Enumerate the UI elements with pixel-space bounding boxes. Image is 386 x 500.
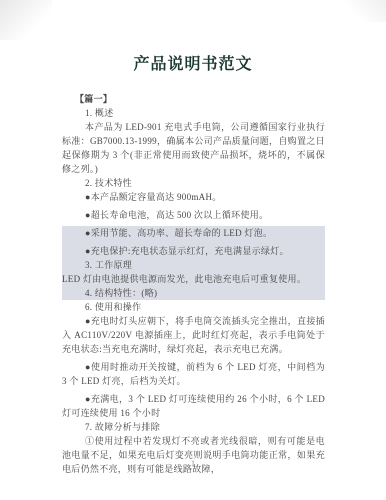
document-body: 【篇一】 1. 概述 本产品为 LED-901 充电式手电筒，公司遵循国家行业执…: [62, 92, 325, 476]
heading-overview: 1. 概述: [85, 106, 325, 120]
document-title: 产品说明书范文: [0, 51, 386, 74]
scan-shadow-top-left: [0, 0, 52, 40]
paragraph-working-principle: LED 灯由电池提供电源而发光，此电池充电后可重复使用。: [62, 272, 325, 286]
heading-working-principle: 3. 工作原理: [85, 258, 325, 272]
bullet-charge-protection: ●充电保护:充电状态显示红灯，充电满显示绿灯。: [62, 244, 325, 258]
document-page: 产品说明书范文 【篇一】 1. 概述 本产品为 LED-901 充电式手电筒，公…: [0, 0, 386, 500]
bullet-switch-operation: ●使用时推动开关按键，前档为 6 个 LED 灯亮，中间档为 3 个 LED 灯…: [62, 360, 325, 388]
bullet-charging-instructions: ●充电时灯头应朝下，将手电筒交流插头完全推出，直接插入 AC110V/220V …: [62, 314, 325, 356]
heading-technical-features: 2. 技术特性: [85, 176, 325, 190]
heading-structure: 4. 结构特性：(略): [85, 286, 325, 300]
page-number: 1: [0, 459, 386, 468]
bullet-usage-duration: ●充满电，3 个 LED 灯可连续使用约 26 个小时，6 个 LED 灯可连续…: [62, 392, 325, 420]
bullet-led-bulb: ●采用节能、高功率、超长寿命的 LED 灯泡。: [62, 226, 325, 240]
selection-highlight: ●采用节能、高功率、超长寿命的 LED 灯泡。 ●充电保护:充电状态显示红灯，充…: [62, 226, 325, 300]
bullet-rated-capacity: ●本产品额定容量高达 900mAH。: [62, 190, 325, 204]
paragraph-overview: 本产品为 LED-901 充电式手电筒，公司遵循国家行业执行标准：GB7000.…: [62, 120, 325, 176]
section-label: 【篇一】: [75, 92, 325, 106]
heading-troubleshooting: 7. 故障分析与排除: [85, 420, 325, 434]
bullet-battery-life: ●超长寿命电池，高达 500 次以上循环使用。: [62, 208, 325, 222]
heading-usage-operation: 6. 使用和操作: [85, 300, 325, 314]
paragraph-troubleshooting: ①使用过程中若发现灯不亮或者光线很暗，则有可能是电池电量不足，如果充电后灯变亮则…: [62, 434, 325, 476]
scan-shadow-top-right: [346, 0, 386, 22]
